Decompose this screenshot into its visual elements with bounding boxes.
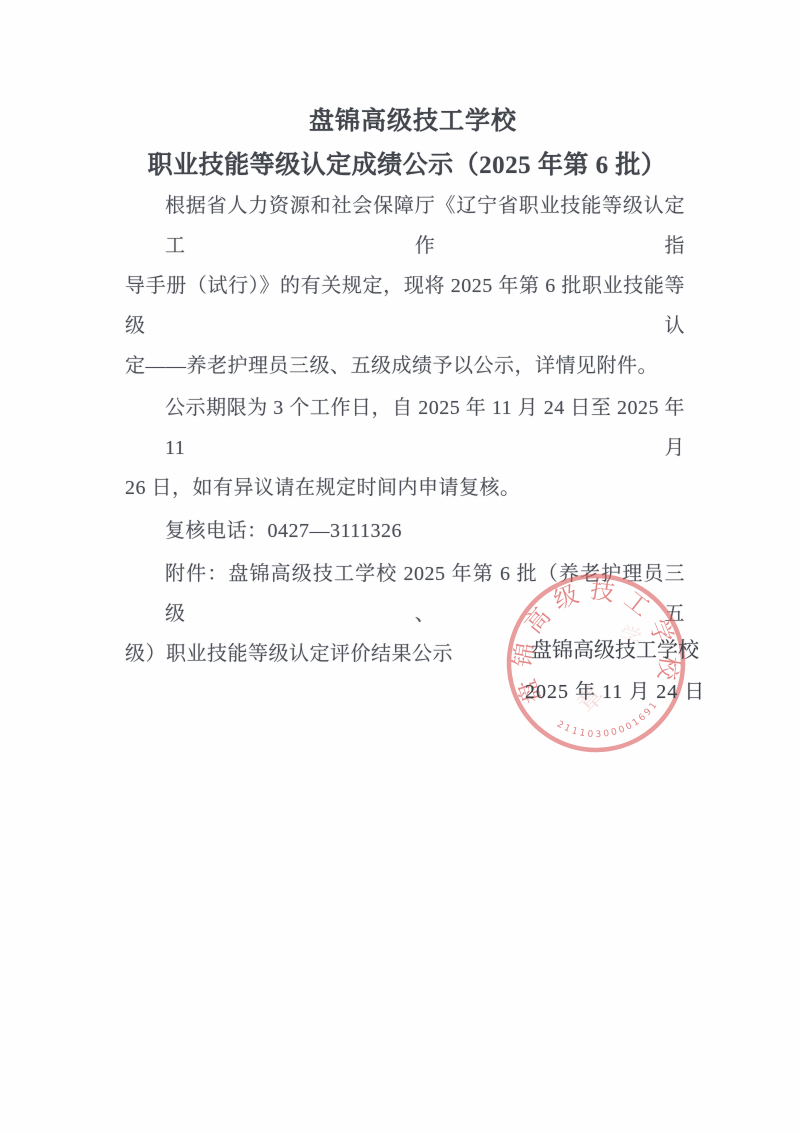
seal-serial-number: 21110300001691 xyxy=(553,698,665,746)
signature-date: 2025 年 11 月 24 日 xyxy=(525,675,705,704)
paragraph-public-period: 公示期限为 3 个工作日，自 2025 年 11 月 24 日至 2025 年 … xyxy=(125,388,685,508)
document-subtitle: 职业技能等级认定成绩公示（2025 年第 6 批） xyxy=(7,145,800,181)
body-line-4: 公示期限为 3 个工作日，自 2025 年 11 月 24 日至 2025 年 … xyxy=(125,388,685,468)
seal-serial-holder: 21110300001691 xyxy=(553,698,665,746)
document-page: 盘锦高级技工学校 职业技能等级认定成绩公示（2025 年第 6 批） 根据省人力… xyxy=(0,0,800,1133)
signature-org-name: 盘锦高级技工学校 xyxy=(531,634,699,664)
document-title: 盘锦高级技工学校 xyxy=(13,101,800,137)
body-line-1: 根据省人力资源和社会保障厅《辽宁省职业技能等级认定工作指 xyxy=(125,186,685,266)
body-line-5: 26 日，如有异议请在规定时间内申请复核。 xyxy=(125,468,685,508)
body-line-2: 导手册（试行）》的有关规定，现将 2025 年第 6 批职业技能等级认 xyxy=(125,266,685,346)
body-line-3: 定——养老护理员三级、五级成绩予以公示，详情见附件。 xyxy=(125,346,685,386)
paragraph-review-phone: 复核电话：0427—3111326 xyxy=(125,511,685,551)
paragraph-basis: 根据省人力资源和社会保障厅《辽宁省职业技能等级认定工作指 导手册（试行）》的有关… xyxy=(125,186,685,386)
body-line-6: 复核电话：0427—3111326 xyxy=(125,511,685,551)
